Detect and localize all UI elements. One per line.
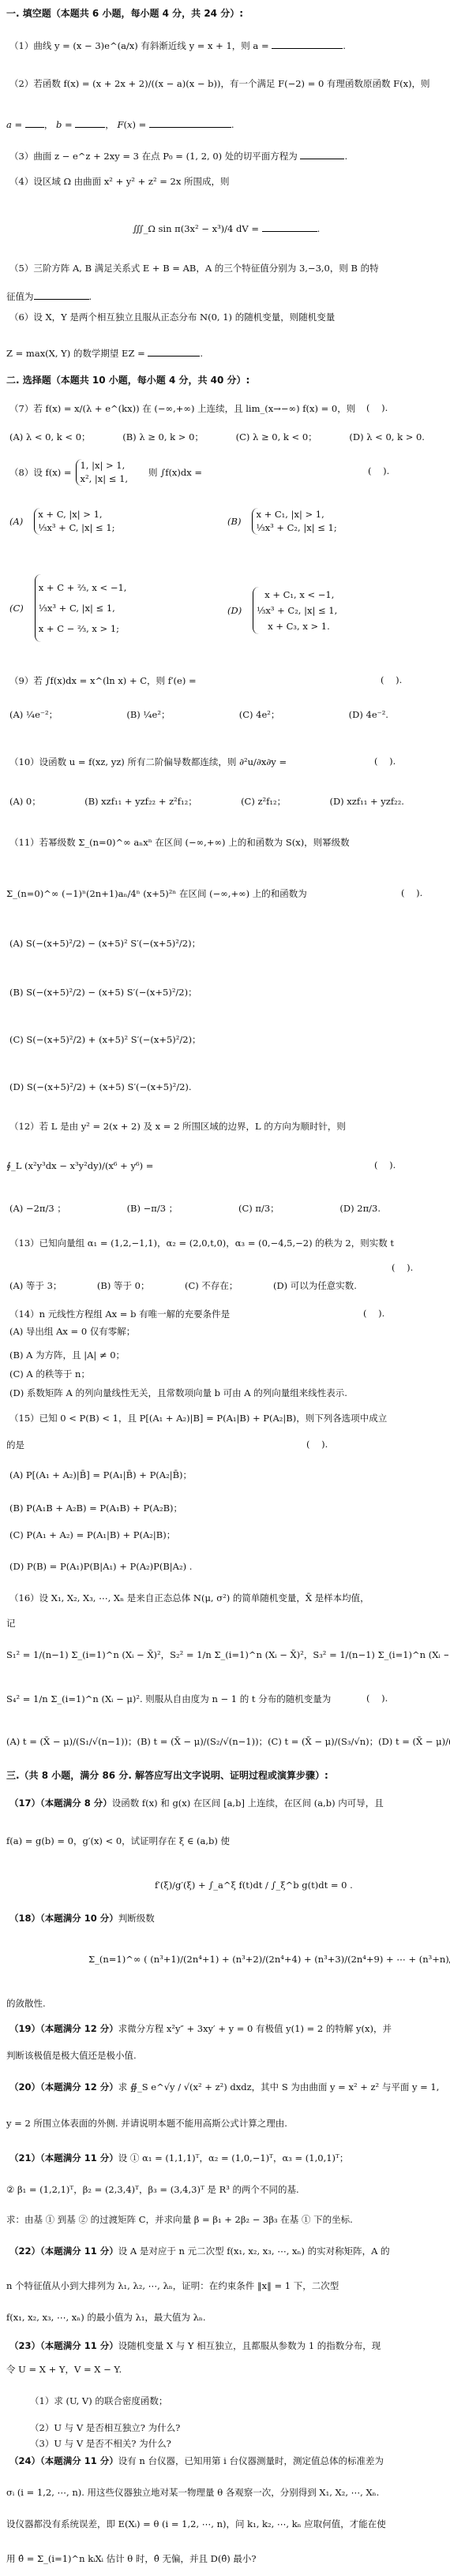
question-10-options: (A) 0； (B) xzf₁₁ + yzf₂₂ + z²f₁₂； (C) z²… bbox=[9, 795, 404, 808]
question-24-text: 设有 n 台仪器，已知用第 i 台仪器测量时，测定值总体的标准差为 bbox=[118, 2455, 384, 2466]
question-18-line2: 的敛散性. bbox=[6, 1997, 46, 2010]
question-18-formula: Σ_(n=1)^∞ ( (n³+1)/(2n⁴+1) + (n³+2)/(2n⁴… bbox=[88, 1953, 450, 1966]
question-9-stem: （9）若 ∫f(x)dx = x^(ln x) + C，则 f′(e) = bbox=[9, 674, 197, 687]
question-17-text: 设函数 f(x) 和 g(x) 在区间 [a,b] 上连续，在区间 (a,b) … bbox=[112, 1798, 384, 1809]
option-15c[interactable]: (C) P(A₁ + A₂) = P(A₁|B) + P(A₂|B)； bbox=[9, 1529, 175, 1541]
answer-paren-13[interactable]: ( ). bbox=[392, 1262, 413, 1273]
question-24-line3: 设仪器都没有系统误差，即 E(Xᵢ) = θ (i = 1,2, ⋯, n)，问… bbox=[6, 2518, 448, 2530]
answer-paren-14[interactable]: ( ). bbox=[363, 1308, 384, 1319]
option-9b[interactable]: (B) ¼e²； bbox=[126, 708, 170, 721]
question-17-line1: （17）（本题满分 8 分）设函数 f(x) 和 g(x) 在区间 [a,b] … bbox=[9, 1797, 448, 1809]
option-16a[interactable]: (A) t = (X̄ − μ)/(S₁/√(n−1))； bbox=[6, 1735, 137, 1748]
question-16-line3: S₁² = 1/(n−1) Σ_(i=1)^n (Xᵢ − X̄)²，S₂² =… bbox=[6, 1648, 448, 1661]
option-13b[interactable]: (B) 等于 0； bbox=[97, 1279, 150, 1292]
question-21-text: 设 ① α₁ = (1,1,1)ᵀ，α₂ = (1,0,−1)ᵀ，α₃ = (1… bbox=[118, 2152, 349, 2163]
question-17-formula: f′(ξ)/g′(ξ) + ∫_a^ξ f(t)dt / ∫_ξ^b g(t)d… bbox=[155, 1879, 353, 1891]
question-19-line2: 判断该极值是极大值还是极小值. bbox=[6, 2049, 137, 2062]
question-19-text: 求微分方程 x²y″ + 3xy′ + y = 0 有极值 y(1) = 2 的… bbox=[118, 2023, 392, 2034]
question-7-options: (A) λ < 0, k < 0； (B) λ ≥ 0, k > 0； (C) … bbox=[9, 431, 448, 443]
question-18-text: 判断级数 bbox=[118, 1913, 155, 1924]
question-19-line1: （19）（本题满分 12 分）求微分方程 x²y″ + 3xy′ + y = 0… bbox=[9, 2022, 448, 2035]
answer-paren-12[interactable]: ( ). bbox=[374, 1159, 396, 1170]
option-8c-cases: x + C + ⅔, x < −1, ⅓x³ + C, |x| ≤ 1, x +… bbox=[35, 574, 127, 642]
question-8-stem-post: 则 ∫f(x)dx = bbox=[148, 466, 202, 479]
question-2-line1: （2）若函数 f(x) = (x + 2x + 2)/((x − a)(x − … bbox=[9, 77, 448, 90]
question-5-line2-text: 征值为 bbox=[6, 291, 34, 302]
question-21-line3: 求：由基 ① 到基 ② 的过渡矩阵 C，并求向量 β = β₁ + 2β₂ − … bbox=[6, 2213, 448, 2226]
answer-blank-3[interactable] bbox=[300, 150, 344, 159]
option-15d[interactable]: (D) P(B) = P(A₁)P(B|A₁) + P(A₂)P(B|A₂) . bbox=[9, 1560, 192, 1573]
option-8b-case1: x + C₁, |x| > 1, bbox=[256, 508, 336, 521]
question-20-label: （20）（本题满分 12 分） bbox=[9, 2081, 118, 2093]
answer-paren-10[interactable]: ( ). bbox=[374, 756, 396, 767]
question-10-stem: （10）设函数 u = f(xz, yz) 所有二阶偏导数都连续，则 ∂²u/∂… bbox=[9, 756, 287, 768]
option-9d[interactable]: (D) 4e⁻². bbox=[349, 708, 388, 721]
question-4-line1: （4）设区域 Ω 由曲面 x² + y² + z² = 2x 所围成，则 bbox=[9, 175, 230, 188]
question-16-options: (A) t = (X̄ − μ)/(S₁/√(n−1))； (B) t = (X… bbox=[6, 1735, 433, 1748]
question-13-options: (A) 等于 3； (B) 等于 0； (C) 不存在； (D) 可以为任意实数… bbox=[9, 1279, 357, 1292]
answer-paren-16[interactable]: ( ). bbox=[366, 1693, 388, 1704]
question-16-line1: （16）设 X₁, X₂, X₃, ⋯, Xₙ 是来自正态总体 N(μ, σ²)… bbox=[9, 1592, 448, 1604]
question-23-text: 设随机变量 X 与 Y 相互独立，且都服从参数为 1 的指数分布，现 bbox=[118, 2340, 381, 2351]
question-8-case2: x², |x| ≤ 1, bbox=[80, 472, 128, 486]
question-1-text: （1）曲线 y = (x − 3)e^(a/x) 有斜渐近线 y = x + 1… bbox=[9, 40, 269, 51]
option-7a[interactable]: (A) λ < 0, k < 0； bbox=[9, 431, 91, 443]
question-5-line2: 征值为. bbox=[6, 290, 92, 303]
question-22-line3: f(x₁, x₂, x₃, ⋯, xₙ) 的最小值为 λ₁，最大值为 λₙ. bbox=[6, 2311, 206, 2324]
question-22-label: （22）（本题满分 11 分） bbox=[9, 2246, 118, 2257]
question-18-line1: （18）（本题满分 10 分）判断级数 bbox=[9, 1912, 155, 1925]
question-8-stem-pre: （8）设 f(x) = bbox=[9, 466, 71, 479]
option-8d-label: (D) bbox=[227, 604, 242, 617]
option-10b[interactable]: (B) xzf₁₁ + yzf₂₂ + z²f₁₂； bbox=[84, 795, 197, 808]
question-22-line2: n 个特征值从小到大排列为 λ₁, λ₂, ⋯, λₙ，证明：在约束条件 ‖x‖… bbox=[6, 2279, 448, 2292]
option-11b[interactable]: (B) S(−(x+5)²/2) − (x+5) S′(−(x+5)²/2)； bbox=[9, 986, 197, 999]
question-23-sub3: （3）U 与 V 是否不相关? 为什么? bbox=[30, 2437, 171, 2450]
option-8d-case2: ⅓x³ + C₂, |x| ≤ 1, bbox=[257, 603, 337, 618]
question-21-line2: ② β₁ = (1,2,1)ᵀ，β₂ = (2,3,4)ᵀ，β₃ = (3,4,… bbox=[6, 2183, 299, 2196]
option-14c[interactable]: (C) A 的秩等于 n； bbox=[9, 1368, 90, 1380]
question-8-cases: 1, |x| > 1, x², |x| ≤ 1, bbox=[76, 459, 128, 486]
option-16b[interactable]: (B) t = (X̄ − μ)/(S₂/√(n−1))； bbox=[137, 1735, 268, 1748]
option-10d[interactable]: (D) xzf₁₁ + yzf₂₂. bbox=[329, 795, 404, 808]
option-13d[interactable]: (D) 可以为任意实数. bbox=[273, 1279, 357, 1292]
option-8c-label: (C) bbox=[9, 602, 24, 614]
option-8d[interactable]: (D) x + C₁, x < −1, ⅓x³ + C₂, |x| ≤ 1, x… bbox=[227, 587, 337, 634]
question-4-formula: ∭_Ω sin π(3x² − x³)/4 dV = . bbox=[133, 222, 320, 235]
question-22-text: 设 A 是对应于 n 元二次型 f(x₁, x₂, x₃, ⋯, xₙ) 的实对… bbox=[118, 2246, 390, 2257]
question-16-line2: 记 bbox=[6, 1617, 16, 1630]
option-9c[interactable]: (C) 4e²； bbox=[239, 708, 280, 721]
option-8c[interactable]: (C) x + C + ⅔, x < −1, ⅓x³ + C, |x| ≤ 1,… bbox=[9, 574, 126, 642]
answer-blank-5[interactable] bbox=[34, 290, 89, 300]
question-21-label: （21）（本题满分 11 分） bbox=[9, 2152, 118, 2163]
option-10c[interactable]: (C) z²f₁₂； bbox=[241, 795, 286, 808]
question-20-line2: y = 2 所围立体表面的外侧. 并请说明本题不能用高斯公式计算之理由. bbox=[6, 2117, 287, 2130]
question-8-stem: （8）设 f(x) = 1, |x| > 1, x², |x| ≤ 1, 则 ∫… bbox=[9, 459, 202, 486]
option-8d-cases: x + C₁, x < −1, ⅓x³ + C₂, |x| ≤ 1, x + C… bbox=[253, 587, 337, 634]
answer-paren-9[interactable]: ( ). bbox=[381, 674, 402, 685]
option-8a-case1: x + C, |x| > 1, bbox=[38, 508, 114, 521]
question-12-line2: ∮_L (x²y³dx − x³y²dy)/(x⁶ + y⁶) = bbox=[6, 1159, 153, 1172]
option-8a-label: (A) bbox=[9, 515, 23, 528]
option-7d[interactable]: (D) λ < 0, k > 0. bbox=[349, 431, 425, 443]
option-8b-cases: x + C₁, |x| > 1, ⅓x³ + C₂, |x| ≤ 1; bbox=[252, 508, 336, 535]
option-8d-case1: x + C₁, x < −1, bbox=[257, 587, 337, 603]
answer-paren-7[interactable]: ( ). bbox=[366, 402, 388, 413]
question-17-line2: f(a) = g(b) = 0，g′(x) < 0，试证明存在 ξ ∈ (a,b… bbox=[6, 1835, 230, 1847]
option-7c[interactable]: (C) λ ≥ 0, k < 0； bbox=[236, 431, 317, 443]
answer-blank-1[interactable] bbox=[272, 39, 343, 49]
question-15-line2: 的是 bbox=[6, 1439, 24, 1451]
section-2-heading: 二. 选择题（本题共 10 小题，每小题 4 分，共 40 分）: bbox=[6, 374, 249, 386]
question-6-line1: （6）设 X，Y 是两个相互独立且服从正态分布 N(0, 1) 的随机变量，则随… bbox=[9, 311, 448, 323]
option-8b-case2: ⅓x³ + C₂, |x| ≤ 1; bbox=[256, 521, 336, 535]
option-13c[interactable]: (C) 不存在； bbox=[185, 1279, 238, 1292]
question-6-line2-text: Z = max(X, Y) 的数学期望 EZ = bbox=[6, 348, 145, 359]
question-21-line1: （21）（本题满分 11 分）设 ① α₁ = (1,1,1)ᵀ，α₂ = (1… bbox=[9, 2152, 348, 2164]
question-18-label: （18）（本题满分 10 分） bbox=[9, 1913, 118, 1924]
question-22-line1: （22）（本题满分 11 分）设 A 是对应于 n 元二次型 f(x₁, x₂,… bbox=[9, 2245, 448, 2257]
question-7-stem: （7）若 f(x) = x/(λ + e^(kx)) 在 (−∞,+∞) 上连续… bbox=[9, 402, 355, 415]
option-16d[interactable]: (D) t = (X̄ − μ)/(S₄/√n). bbox=[378, 1735, 450, 1748]
option-14b[interactable]: (B) A 为方阵，且 |A| ≠ 0； bbox=[9, 1349, 125, 1361]
option-11d[interactable]: (D) S(−(x+5)²/2) + (x+5) S′(−(x+5)²/2). bbox=[9, 1081, 192, 1093]
question-19-label: （19）（本题满分 12 分） bbox=[9, 2023, 118, 2034]
option-15a[interactable]: (A) P[(A₁ + A₂)|B̄] = P(A₁|B̄) + P(A₂|B̄… bbox=[9, 1469, 192, 1481]
option-7b[interactable]: (B) λ ≥ 0, k > 0； bbox=[122, 431, 204, 443]
answer-blank-2c[interactable] bbox=[149, 118, 231, 128]
question-9-options: (A) ¼e⁻²； (B) ¼e²； (C) 4e²； (D) 4e⁻². bbox=[9, 708, 388, 721]
question-5-line1: （5）三阶方阵 A, B 满足关系式 E + B = AB，A 的三个特征值分别… bbox=[9, 262, 448, 274]
option-13a[interactable]: (A) 等于 3； bbox=[9, 1279, 62, 1292]
option-8a[interactable]: (A) x + C, |x| > 1, ⅓x³ + C, |x| ≤ 1; bbox=[9, 508, 115, 535]
answer-paren-11[interactable]: ( ). bbox=[401, 887, 422, 898]
question-24-label: （24）（本题满分 11 分） bbox=[9, 2455, 118, 2466]
question-15-line1: （15）已知 0 < P(B) < 1，且 P[(A₁ + A₂)|B] = P… bbox=[9, 1412, 448, 1424]
option-16c[interactable]: (C) t = (X̄ − μ)/(S₃/√n)； bbox=[268, 1735, 378, 1748]
option-12b[interactable]: (B) −π/3 ； bbox=[127, 1202, 178, 1215]
question-24-line2: σᵢ (i = 1,2, ⋯, n). 用这些仪器独立地对某一物理量 θ 各观察… bbox=[6, 2486, 448, 2499]
question-3: （3）曲面 z − e^z + 2xy = 3 在点 P₀ = (1, 2, 0… bbox=[9, 150, 347, 162]
question-24-line1: （24）（本题满分 11 分）设有 n 台仪器，已知用第 i 台仪器测量时，测定… bbox=[9, 2455, 448, 2467]
option-15b[interactable]: (B) P(A₁B + A₂B) = P(A₁B) + P(A₂B)； bbox=[9, 1502, 182, 1514]
option-8a-case2: ⅓x³ + C, |x| ≤ 1; bbox=[38, 521, 114, 535]
question-16-line4: S₄² = 1/n Σ_(i=1)^n (Xᵢ − μ)². 则服从自由度为 n… bbox=[6, 1693, 331, 1705]
section-3-heading: 三.（共 8 小题，满分 86 分. 解答应写出文字说明、证明过程或演算步骤）: bbox=[6, 1769, 328, 1782]
option-8c-case3: x + C − ⅔, x > 1; bbox=[39, 618, 127, 639]
answer-blank-2a[interactable] bbox=[25, 118, 44, 128]
option-8d-case3: x + C₃, x > 1. bbox=[257, 618, 337, 634]
question-12-line1: （12）若 L 是由 y² = 2(x + 2) 及 x = 2 所围区域的边界… bbox=[9, 1120, 448, 1133]
answer-paren-15[interactable]: ( ). bbox=[306, 1439, 328, 1450]
question-13-line1: （13）已知向量组 α₁ = (1,2,−1,1)，α₂ = (2,0,t,0)… bbox=[9, 1237, 448, 1249]
option-14a[interactable]: (A) 导出组 Ax = 0 仅有零解； bbox=[9, 1325, 135, 1338]
question-12-options: (A) −2π/3 ； (B) −π/3 ； (C) π/3； (D) 2π/3… bbox=[9, 1202, 381, 1215]
option-12d[interactable]: (D) 2π/3. bbox=[339, 1202, 381, 1215]
option-11a[interactable]: (A) S(−(x+5)²/2) − (x+5)² S′(−(x+5)²/2)； bbox=[9, 937, 201, 950]
option-11c[interactable]: (C) S(−(x+5)²/2) + (x+5)² S′(−(x+5)²/2)； bbox=[9, 1033, 201, 1046]
question-11-line2: Σ_(n=0)^∞ (−1)ⁿ(2n+1)aₙ/4ⁿ (x+5)²ⁿ 在区间 (… bbox=[6, 887, 307, 900]
option-8a-cases: x + C, |x| > 1, ⅓x³ + C, |x| ≤ 1; bbox=[34, 508, 114, 535]
question-23-line1: （23）（本题满分 11 分）设随机变量 X 与 Y 相互独立，且都服从参数为 … bbox=[9, 2339, 448, 2352]
section-1-heading: 一. 填空题（本题共 6 小题，每小题 4 分，共 24 分）: bbox=[6, 7, 243, 20]
question-23-sub2: （2）U 与 V 是否相互独立? 为什么? bbox=[30, 2421, 180, 2434]
question-20-line1: （20）（本题满分 12 分）求 ∯_S e^√y / √(x² + z²) d… bbox=[9, 2081, 448, 2093]
question-8-case1: 1, |x| > 1, bbox=[80, 459, 128, 472]
question-3-text: （3）曲面 z − e^z + 2xy = 3 在点 P₀ = (1, 2, 0… bbox=[9, 151, 298, 162]
question-20-text: 求 ∯_S e^√y / √(x² + z²) dxdz，其中 S 为由曲面 y… bbox=[118, 2081, 440, 2093]
option-14d[interactable]: (D) 系数矩阵 A 的列向量线性无关，且常数项向量 b 可由 A 的列向量组来… bbox=[9, 1387, 448, 1399]
question-2-line2: a = ， b = ， F(x) = . bbox=[6, 118, 234, 131]
option-8c-case1: x + C + ⅔, x < −1, bbox=[39, 577, 127, 598]
answer-blank-4[interactable] bbox=[262, 222, 317, 232]
question-23-label: （23）（本题满分 11 分） bbox=[9, 2340, 118, 2351]
option-8b[interactable]: (B) x + C₁, |x| > 1, ⅓x³ + C₂, |x| ≤ 1; bbox=[227, 508, 337, 535]
question-11-line1: （11）若幂级数 Σ_(n=0)^∞ aₙxⁿ 在区间 (−∞,+∞) 上的和函… bbox=[9, 836, 350, 849]
option-12c[interactable]: (C) π/3； bbox=[238, 1202, 279, 1215]
question-17-label: （17）（本题满分 8 分） bbox=[9, 1798, 112, 1809]
option-12a[interactable]: (A) −2π/3 ； bbox=[9, 1202, 66, 1215]
question-4-formula-text: ∭_Ω sin π(3x² − x³)/4 dV = bbox=[133, 223, 259, 234]
option-8c-case2: ⅓x³ + C, |x| ≤ 1, bbox=[39, 598, 127, 618]
question-24-line4: 用 θ̂ = Σ_(i=1)^n kᵢXᵢ 估计 θ 时，θ̂ 无偏，并且 D(… bbox=[6, 2552, 257, 2565]
question-14-stem: （14）n 元线性方程组 Ax = b 有唯一解的充要条件是 bbox=[9, 1308, 230, 1320]
answer-blank-2b[interactable] bbox=[75, 118, 105, 128]
answer-paren-8[interactable]: ( ). bbox=[368, 465, 389, 476]
question-1: （1）曲线 y = (x − 3)e^(a/x) 有斜渐近线 y = x + 1… bbox=[9, 39, 346, 52]
question-23-sub1: （1）求 (U, V) 的联合密度函数； bbox=[30, 2395, 167, 2407]
answer-blank-6[interactable] bbox=[148, 347, 200, 357]
option-8b-label: (B) bbox=[227, 515, 241, 528]
option-10a[interactable]: (A) 0； bbox=[9, 795, 41, 808]
question-6-line2: Z = max(X, Y) 的数学期望 EZ = . bbox=[6, 347, 203, 360]
option-9a[interactable]: (A) ¼e⁻²； bbox=[9, 708, 58, 721]
question-23-line2: 令 U = X + Y，V = X − Y. bbox=[6, 2363, 122, 2376]
